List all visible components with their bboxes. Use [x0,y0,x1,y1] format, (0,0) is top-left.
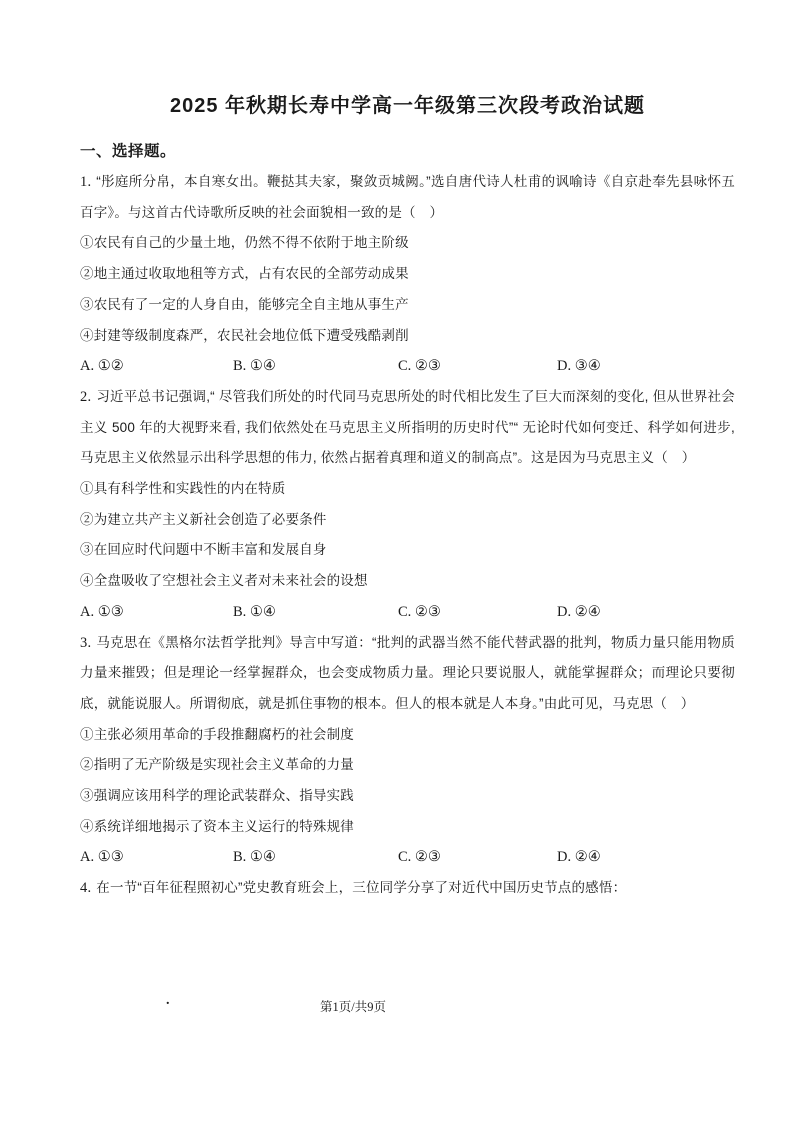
question-2-option-4: ④全盘吸收了空想社会主义者对未来社会的设想 [80,566,735,597]
question-3-stem: 3.马克思在《黑格尔法哲学批判》导言中写道：“批判的武器当然不能代替武器的批判，… [80,628,735,720]
question-2-choice-d: D. ②④ [557,597,735,628]
question-3-option-2: ②指明了无产阶级是实现社会主义革命的力量 [80,750,735,781]
question-3-choice-d: D. ②④ [557,842,735,873]
page-title: 2025 年秋期长寿中学高一年级第三次段考政治试题 [80,93,735,119]
question-3-number: 3. [80,635,91,651]
question-4-text: 在一节“百年征程照初心”党史教育班会上，三位同学分享了对近代中国历史节点的感悟： [96,880,626,895]
question-1-choice-c: C. ②③ [398,351,557,382]
question-1-choice-a: A. ①② [80,351,233,382]
question-1-option-2: ②地主通过收取地租等方式，占有农民的全部劳动成果 [80,259,735,290]
question-3-option-3: ③强调应该用科学的理论武装群众、指导实践 [80,781,735,812]
question-3-choice-b: B. ①④ [233,842,398,873]
question-3-choice-a: A. ①③ [80,842,233,873]
question-1-choice-b: B. ①④ [233,351,398,382]
question-1-choice-d: D. ③④ [557,351,735,382]
question-2-text: 习近平总书记强调,“ 尽管我们所处的时代同马克思所处的时代相比发生了巨大而深刻的… [80,389,735,465]
question-1-text: “彤庭所分帛，本自寒女出。鞭挞其夫家，聚敛贡城阙。”选自唐代诗人杜甫的讽喻诗《自… [80,174,735,220]
question-2-option-3: ③在回应时代问题中不断丰富和发展自身 [80,535,735,566]
question-3-option-1: ①主张必须用革命的手段推翻腐朽的社会制度 [80,720,735,751]
question-1-stem: 1.“彤庭所分帛，本自寒女出。鞭挞其夫家，聚敛贡城阙。”选自唐代诗人杜甫的讽喻诗… [80,167,735,228]
question-2-answer-choices: A. ①③ B. ①④ C. ②③ D. ②④ [80,597,735,628]
question-3: 3.马克思在《黑格尔法哲学批判》导言中写道：“批判的武器当然不能代替武器的批判，… [80,628,735,874]
page-number-indicator: 第1页/共9页 [320,997,386,1015]
question-1: 1.“彤庭所分帛，本自寒女出。鞭挞其夫家，聚敛贡城阙。”选自唐代诗人杜甫的讽喻诗… [80,167,735,382]
question-2-option-1: ①具有科学性和实践性的内在特质 [80,474,735,505]
question-2-number: 2. [80,389,91,405]
question-2-choice-b: B. ①④ [233,597,398,628]
question-4-number: 4. [80,880,91,896]
question-2-choice-c: C. ②③ [398,597,557,628]
question-4: 4.在一节“百年征程照初心”党史教育班会上，三位同学分享了对近代中国历史节点的感… [80,873,735,904]
question-1-option-4: ④封建等级制度森严，农民社会地位低下遭受残酷剥削 [80,321,735,352]
document-page: 2025 年秋期长寿中学高一年级第三次段考政治试题 一、选择题。 1.“彤庭所分… [0,0,794,1123]
section-heading: 一、选择题。 [80,136,735,167]
question-3-option-4: ④系统详细地揭示了资本主义运行的特殊规律 [80,812,735,843]
question-3-text: 马克思在《黑格尔法哲学批判》导言中写道：“批判的武器当然不能代替武器的批判，物质… [80,635,735,711]
stray-period-mark: . [166,993,170,1009]
question-3-choice-c: C. ②③ [398,842,557,873]
question-2-choice-a: A. ①③ [80,597,233,628]
question-1-answer-choices: A. ①② B. ①④ C. ②③ D. ③④ [80,351,735,382]
question-4-stem: 4.在一节“百年征程照初心”党史教育班会上，三位同学分享了对近代中国历史节点的感… [80,873,735,904]
question-2: 2.习近平总书记强调,“ 尽管我们所处的时代同马克思所处的时代相比发生了巨大而深… [80,382,735,628]
question-3-answer-choices: A. ①③ B. ①④ C. ②③ D. ②④ [80,842,735,873]
question-2-stem: 2.习近平总书记强调,“ 尽管我们所处的时代同马克思所处的时代相比发生了巨大而深… [80,382,735,474]
question-2-option-2: ②为建立共产主义新社会创造了必要条件 [80,505,735,536]
question-1-option-1: ①农民有自己的少量土地，仍然不得不依附于地主阶级 [80,228,735,259]
question-1-number: 1. [80,174,91,190]
question-1-option-3: ③农民有了一定的人身自由，能够完全自主地从事生产 [80,290,735,321]
